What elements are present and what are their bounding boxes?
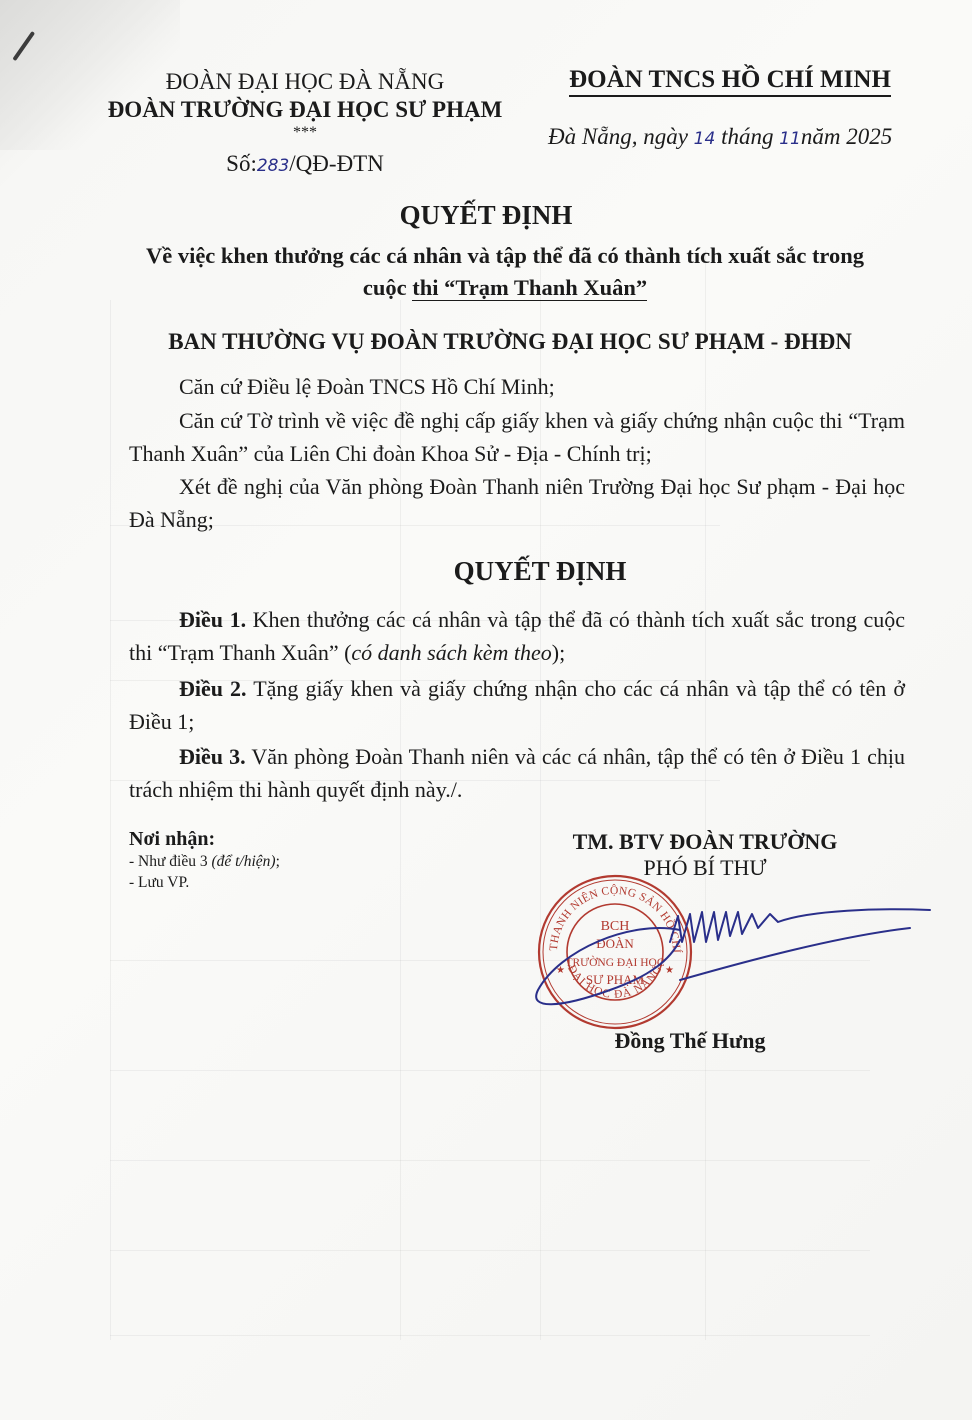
signer-name: Đồng Thế Hưng — [540, 1028, 840, 1054]
separator-stars: *** — [80, 124, 530, 142]
handwritten-signature — [520, 880, 960, 1020]
recipients-heading: Nơi nhận: — [129, 828, 280, 851]
issuing-agency-header: ĐOÀN ĐẠI HỌC ĐÀ NẴNG ĐOÀN TRƯỜNG ĐẠI HỌC… — [80, 68, 530, 180]
document-title: QUYẾT ĐỊNH — [0, 200, 972, 231]
article-2: Điều 2. Tặng giấy khen và giấy chứng nhậ… — [129, 672, 905, 738]
document-subject: Về việc khen thưởng các cá nhân và tập t… — [100, 240, 910, 304]
document-date: Đà Nẵng, ngày 14 tháng 11năm 2025 — [548, 124, 892, 150]
article-3: Điều 3. Văn phòng Đoàn Thanh niên và các… — [129, 740, 905, 806]
party-org-header: ĐOÀN TNCS HỒ CHÍ MINH — [540, 66, 920, 97]
recipients-block: Nơi nhận: - Như điều 3 (để t/hiện); - Lư… — [129, 828, 280, 893]
handwritten-number: 283 — [257, 156, 289, 176]
document-number: Số:283/QĐ-ĐTN — [80, 150, 530, 180]
issuing-body: BAN THƯỜNG VỤ ĐOÀN TRƯỜNG ĐẠI HỌC SƯ PHẠ… — [0, 329, 972, 355]
handwritten-day: 14 — [694, 129, 716, 149]
party-org-name: ĐOÀN TNCS HỒ CHÍ MINH — [569, 66, 891, 97]
parent-org: ĐOÀN ĐẠI HỌC ĐÀ NẴNG — [80, 68, 530, 96]
recipient-item: - Như điều 3 (để t/hiện); — [129, 851, 280, 872]
legal-basis-2: Căn cứ Tờ trình về việc đề nghị cấp giấy… — [129, 404, 905, 470]
legal-basis-1: Căn cứ Điều lệ Đoàn TNCS Hồ Chí Minh; — [129, 370, 905, 403]
recipient-item: - Lưu VP. — [129, 872, 280, 893]
article-1: Điều 1. Khen thưởng các cá nhân và tập t… — [129, 603, 905, 669]
legal-basis-3: Xét đề nghị của Văn phòng Đoàn Thanh niê… — [129, 470, 905, 536]
issuing-org: ĐOÀN TRƯỜNG ĐẠI HỌC SƯ PHẠM — [80, 96, 530, 124]
decision-heading: QUYẾT ĐỊNH — [0, 556, 972, 587]
handwritten-month: 11 — [779, 129, 801, 149]
signing-authority: TM. BTV ĐOÀN TRƯỜNG — [540, 829, 870, 855]
